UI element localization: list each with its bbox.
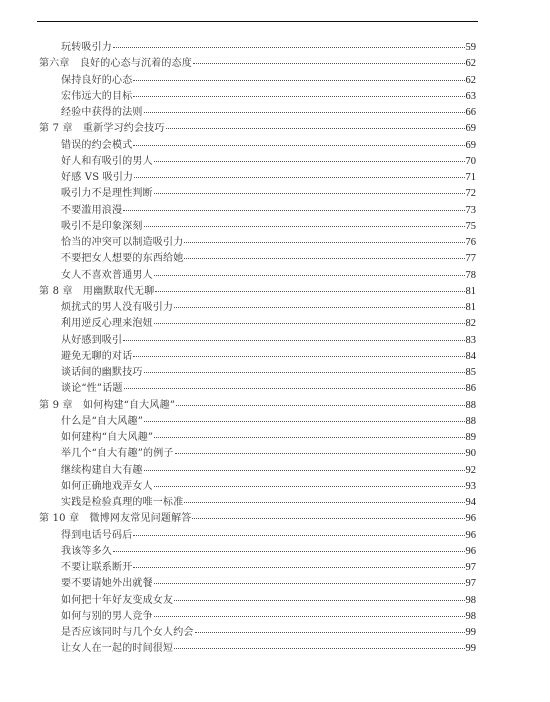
toc-entry-title: 实践是检验真理的唯一标准 [61,495,183,511]
toc-entry-title: 不要滥用浪漫 [61,203,122,219]
dot-leader [154,323,465,324]
toc-entry-title: 好人和有吸引的男人 [61,154,153,170]
toc-entry-page-number: 69 [466,121,477,137]
toc-entry-title: 如何建构“自大风趣” [61,430,153,446]
toc-entry-title: 玩转吸引力 [61,40,112,56]
dot-leader [144,470,465,471]
toc-entry-title: 是否应该同时与几个女人约会 [61,625,194,641]
toc-section-entry[interactable]: 从好感到吸引 83 [39,333,476,349]
toc-section-entry[interactable]: 如何与别的男人竞争 98 [39,609,476,625]
toc-entry-page-number: 93 [466,479,477,495]
toc-section-entry[interactable]: 不要把女人想要的东西给她 77 [39,251,476,267]
dot-leader [174,648,464,649]
toc-entry-title: 吸引力不是理性判断 [61,186,153,202]
toc-section-entry[interactable]: 是否应该同时与几个女人约会 99 [39,625,476,641]
toc-entry-title: 让女人在一起的时间很短 [61,641,173,657]
toc-entry-title: 女人不喜欢普通男人 [61,268,153,284]
toc-entry-page-number: 73 [466,203,477,219]
toc-entry-title: 恰当的冲突可以制造吸引力 [61,235,183,251]
toc-entry-page-number: 66 [466,105,477,121]
toc-entry-title: 不要把女人想要的东西给她 [61,251,183,267]
toc-entry-title: 经验中获得的法则 [61,105,143,121]
toc-section-entry[interactable]: 让女人在一起的时间很短 99 [39,641,476,657]
toc-entry-page-number: 97 [466,576,477,592]
toc-section-entry[interactable]: 谈论“性”话题 86 [39,381,476,397]
toc-entry-title: 如何把十年好友变成女友 [61,593,173,609]
toc-entry-page-number: 62 [466,73,477,89]
table-of-contents: 玩转吸引力 59 第六章 良好的心态与沉着的态度 62 保持良好的心态 62 宏… [39,40,476,658]
toc-entry-page-number: 88 [466,398,477,414]
toc-section-entry[interactable]: 我该等多久 96 [39,544,476,560]
dot-leader [176,405,464,406]
toc-section-entry[interactable]: 要不要请她外出就餐 97 [39,576,476,592]
toc-section-entry[interactable]: 不要滥用浪漫 73 [39,203,476,219]
toc-entry-title: 第六章 良好的心态与沉着的态度 [39,56,192,72]
dot-leader [113,551,465,552]
toc-entry-page-number: 85 [466,365,477,381]
toc-entry-title: 避免无聊的对话 [61,349,132,365]
toc-entry-page-number: 96 [466,511,477,527]
toc-entry-page-number: 63 [466,89,477,105]
toc-section-entry[interactable]: 继续构建自大有趣 92 [39,463,476,479]
dot-leader [175,453,465,454]
header-rule [37,21,478,22]
toc-entry-page-number: 89 [466,430,477,446]
toc-entry-title: 如何与别的男人竞争 [61,609,153,625]
toc-entry-title: 我该等多久 [61,544,112,560]
dot-leader [154,161,465,162]
dot-leader [133,356,464,357]
dot-leader [144,372,465,373]
dot-leader [155,291,464,292]
toc-entry-title: 谈论“性”话题 [61,381,123,397]
toc-entry-title: 保持良好的心态 [61,73,132,89]
dot-leader [154,193,465,194]
toc-entry-title: 要不要请她外出就餐 [61,576,153,592]
toc-entry-title: 好感 VS 吸引力 [61,170,133,186]
toc-entry-page-number: 81 [466,284,477,300]
dot-leader [154,583,465,584]
dot-leader [133,145,464,146]
toc-section-entry[interactable]: 烦扰式的男人没有吸引力 81 [39,300,476,316]
toc-entry-page-number: 98 [466,609,477,625]
dot-leader [154,437,464,438]
toc-section-entry[interactable]: 宏伟远大的目标 63 [39,89,476,105]
toc-section-entry[interactable]: 不要让联系断开 97 [39,560,476,576]
dot-leader [184,258,464,259]
toc-entry-title: 宏伟远大的目标 [61,89,132,105]
toc-section-entry[interactable]: 如何正确地戏弄女人 93 [39,479,476,495]
dot-leader [133,567,464,568]
dot-leader [166,128,465,129]
dot-leader [144,112,465,113]
dot-leader [134,177,464,178]
toc-entry-page-number: 92 [466,463,477,479]
toc-section-entry[interactable]: 恰当的冲突可以制造吸引力 76 [39,235,476,251]
dot-leader [133,96,464,97]
toc-entry-page-number: 76 [466,235,477,251]
toc-entry-page-number: 84 [466,349,477,365]
dot-leader [154,616,465,617]
toc-entry-page-number: 90 [466,446,477,462]
toc-entry-title: 继续构建自大有趣 [61,463,143,479]
toc-chapter-entry[interactable]: 第 10 章 微博网友常见问题解答 96 [39,511,476,527]
toc-entry-title: 第 9 章 如何构建“自大风趣” [39,398,175,414]
toc-entry-title: 得到电话号码后 [61,528,132,544]
toc-entry-page-number: 72 [466,186,477,202]
toc-entry-page-number: 71 [466,170,477,186]
toc-entry-title: 错误的约会模式 [61,138,132,154]
toc-section-entry[interactable]: 错误的约会模式 69 [39,138,476,154]
toc-section-entry[interactable]: 经验中获得的法则 66 [39,105,476,121]
toc-entry-page-number: 99 [466,625,477,641]
toc-section-entry[interactable]: 吸引不是印象深刻 75 [39,219,476,235]
toc-entry-page-number: 86 [466,381,477,397]
dot-leader [154,486,465,487]
toc-entry-title: 烦扰式的男人没有吸引力 [61,300,173,316]
toc-section-entry[interactable]: 如何建构“自大风趣” 89 [39,430,476,446]
toc-section-entry[interactable]: 得到电话号码后 96 [39,528,476,544]
dot-leader [184,502,464,503]
toc-section-entry[interactable]: 利用逆反心理来泡妞 82 [39,316,476,332]
toc-section-entry[interactable]: 吸引力不是理性判断 72 [39,186,476,202]
toc-entry-page-number: 69 [466,138,477,154]
dot-leader [192,518,464,519]
toc-entry-page-number: 75 [466,219,477,235]
toc-section-entry[interactable]: 实践是检验真理的唯一标准 94 [39,495,476,511]
toc-section-entry[interactable]: 女人不喜欢普通男人 78 [39,268,476,284]
toc-entry-page-number: 88 [466,414,477,430]
toc-entry-page-number: 97 [466,560,477,576]
toc-section-entry[interactable]: 谈话间的幽默技巧 85 [39,365,476,381]
dot-leader [113,47,465,48]
dot-leader [124,388,465,389]
dot-leader [193,63,465,64]
toc-entry-page-number: 81 [466,300,477,316]
toc-entry-page-number: 82 [466,316,477,332]
toc-entry-title: 谈话间的幽默技巧 [61,365,143,381]
toc-section-entry[interactable]: 如何把十年好友变成女友 98 [39,593,476,609]
toc-entry-page-number: 62 [466,56,477,72]
toc-entry-page-number: 94 [466,495,477,511]
dot-leader [144,421,464,422]
toc-entry-title: 第 8 章 用幽默取代无聊 [39,284,154,300]
dot-leader [184,242,464,243]
dot-leader [133,535,464,536]
toc-chapter-entry[interactable]: 第 9 章 如何构建“自大风趣” 88 [39,398,476,414]
toc-section-entry[interactable]: 好人和有吸引的男人 70 [39,154,476,170]
toc-section-entry[interactable]: 什么是“自大风趣” 88 [39,414,476,430]
toc-entry-page-number: 70 [466,154,477,170]
toc-entry-page-number: 83 [466,333,477,349]
toc-entry-page-number: 77 [466,251,477,267]
toc-section-entry[interactable]: 玩转吸引力 59 [39,40,476,56]
toc-entry-title: 举几个“自大有趣”的例子 [61,446,174,462]
toc-entry-page-number: 59 [466,40,477,56]
dot-leader [133,80,464,81]
toc-section-entry[interactable]: 举几个“自大有趣”的例子 90 [39,446,476,462]
dot-leader [195,632,465,633]
dot-leader [174,600,464,601]
toc-chapter-entry[interactable]: 第 8 章 用幽默取代无聊 81 [39,284,476,300]
toc-entry-title: 利用逆反心理来泡妞 [61,316,153,332]
toc-entry-title: 如何正确地戏弄女人 [61,479,153,495]
toc-entry-page-number: 96 [466,528,477,544]
toc-entry-title: 第 7 章 重新学习约会技巧 [39,121,165,137]
toc-section-entry[interactable]: 避免无聊的对话 84 [39,349,476,365]
dot-leader [123,340,464,341]
toc-entry-title: 什么是“自大风趣” [61,414,143,430]
toc-chapter-entry[interactable]: 第 7 章 重新学习约会技巧 69 [39,121,476,137]
toc-entry-page-number: 98 [466,593,477,609]
toc-chapter-entry[interactable]: 第六章 良好的心态与沉着的态度 62 [39,56,476,72]
dot-leader [174,307,464,308]
toc-entry-title: 从好感到吸引 [61,333,122,349]
dot-leader [154,275,465,276]
toc-section-entry[interactable]: 好感 VS 吸引力 71 [39,170,476,186]
dot-leader [123,210,464,211]
dot-leader [144,226,465,227]
toc-section-entry[interactable]: 保持良好的心态 62 [39,73,476,89]
toc-entry-page-number: 78 [466,268,477,284]
toc-entry-page-number: 96 [466,544,477,560]
toc-entry-title: 吸引不是印象深刻 [61,219,143,235]
toc-entry-title: 第 10 章 微博网友常见问题解答 [39,511,191,527]
toc-entry-page-number: 99 [466,641,477,657]
toc-entry-title: 不要让联系断开 [61,560,132,576]
